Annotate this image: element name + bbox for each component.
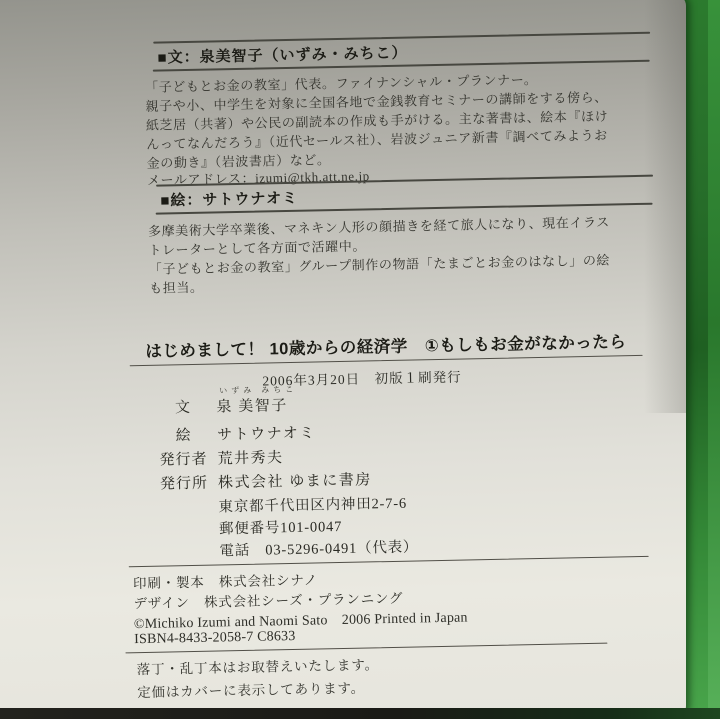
- publisher-postal-code: 郵便番号101-0047: [219, 515, 343, 538]
- defective-copy-notice: 落丁・乱丁本はお取替えいたします。: [137, 653, 379, 678]
- credit-label: 発行所: [154, 472, 214, 494]
- page-content: ■文：泉美智子（いずみ・みちこ） 「子どもとお金の教室」代表。ファイナンシャル・…: [0, 0, 720, 716]
- book-page: ■文：泉美智子（いずみ・みちこ） 「子どもとお金の教室」代表。ファイナンシャル・…: [0, 0, 686, 716]
- credit-label: 文: [152, 396, 212, 418]
- isbn-line: ISBN4-8433-2058-7 C8633: [134, 629, 296, 648]
- price-notice: 定価はカバーに表示してあります。: [137, 677, 365, 702]
- illustrator-bio-line: も担当。: [149, 277, 204, 297]
- credit-row-text: 文泉 美智子: [152, 394, 288, 418]
- photo-bottom-edge: [0, 708, 720, 719]
- credit-label: 発行者: [153, 448, 213, 470]
- publisher-address: 東京都千代田区内神田2-7-6: [218, 492, 407, 517]
- illustrator-bio-line: 多摩美術大学卒業後、マネキン人形の顔描きを経て旅人になり、現在イラス: [148, 212, 610, 240]
- author-section-heading: ■文：泉美智子（いずみ・みちこ）: [157, 42, 407, 68]
- credit-value: 泉 美智子: [216, 398, 288, 415]
- credit-value: 株式会社 ゆまに書房: [218, 472, 372, 491]
- edition-line: 2006年3月20日 初版１刷発行: [152, 363, 572, 391]
- book-colophon-photo: ■文：泉美智子（いずみ・みちこ） 「子どもとお金の教室」代表。ファイナンシャル・…: [0, 0, 720, 719]
- credit-row-publisher-person: 発行者荒井秀夫: [153, 446, 283, 470]
- credit-value: 荒井秀夫: [217, 450, 283, 467]
- credit-value: サトウナオミ: [217, 425, 316, 443]
- production-rule: [129, 556, 649, 567]
- publisher-phone: 電話 03-5296-0491（代表）: [219, 535, 418, 560]
- credit-row-illustration: 絵サトウナオミ: [153, 421, 316, 445]
- credit-row-publishing-house: 発行所株式会社 ゆまに書房: [154, 468, 372, 493]
- illustrator-section-heading: ■絵：サトウナオミ: [160, 187, 298, 211]
- credit-label: 絵: [153, 424, 213, 446]
